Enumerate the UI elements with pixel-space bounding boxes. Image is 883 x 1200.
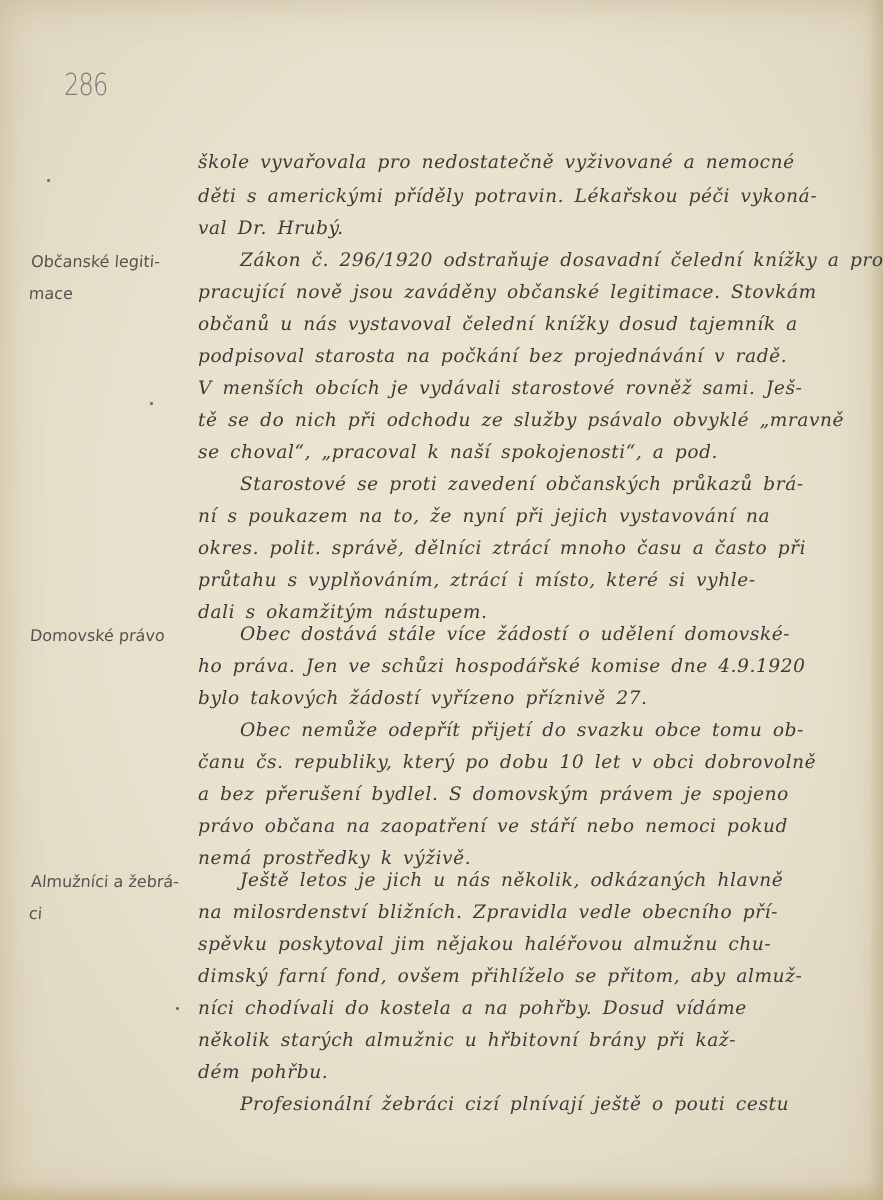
margin-note-domovske-pravo: Domovské právo: [29, 620, 166, 652]
text-line: a bez přerušení bydlel. S domovským práv…: [198, 784, 789, 805]
text-line: V menších obcích je vydávali starostové …: [198, 378, 802, 399]
text-line: spěvku poskytoval jim nějakou haléřovou …: [198, 934, 771, 955]
text-line: škole vyvařovala pro nedostatečně vyživo…: [198, 152, 795, 173]
text-line: ho práva. Jen ve schůzi hospodářské komi…: [198, 656, 805, 677]
page-bottom-edge: [0, 1182, 883, 1200]
text-line: podpisoval starosta na počkání bez proje…: [198, 346, 787, 367]
margin-note-line: Almužníci a žebrá-: [30, 866, 180, 898]
text-line: čanu čs. republiky, který po dobu 10 let…: [198, 752, 816, 773]
ink-speck: [47, 179, 50, 182]
text-line: pracující nově jsou zaváděny občanské le…: [198, 282, 817, 303]
text-line: okres. polit. správě, dělníci ztrácí mno…: [198, 538, 806, 559]
paragraph-start-line: Zákon č. 296/1920 odstraňuje dosavadní č…: [240, 250, 883, 271]
ink-speck: [176, 1007, 179, 1010]
paragraph-start-line: Starostové se proti zavedení občanských …: [240, 474, 804, 495]
manuscript-page: 286 Občanské legiti- mace Domovské právo…: [0, 0, 883, 1200]
text-line: tě se do nich při odchodu ze služby psáv…: [198, 410, 844, 431]
text-line: právo občana na zaopatření ve stáří nebo…: [198, 816, 788, 837]
paragraph-start-line: Profesionální žebráci cizí plnívají ješt…: [240, 1094, 789, 1115]
text-line: několik starých almužnic u hřbitovní brá…: [198, 1030, 736, 1051]
ink-speck: [150, 402, 153, 405]
text-line: průtahu s vyplňováním, ztrácí i místo, k…: [198, 570, 756, 591]
text-line: se choval“, „pracoval k naší spokojenost…: [198, 442, 718, 463]
text-line: val Dr. Hrubý.: [198, 218, 344, 239]
text-line: občanů u nás vystavoval čelední knížky d…: [198, 314, 798, 335]
margin-note-almuznici: Almužníci a žebrá- ci: [28, 866, 180, 930]
text-line: dimský farní fond, ovšem přihlíželo se p…: [198, 966, 802, 987]
paragraph-start-line: Obec dostává stále více žádostí o udělen…: [240, 624, 790, 645]
page-number: 286: [64, 68, 107, 103]
text-line: na milosrdenství bližních. Zpravidla ved…: [198, 902, 778, 923]
text-line: ní s poukazem na to, že nyní při jejich …: [198, 506, 770, 527]
text-line: dali s okamžitým nástupem.: [198, 602, 487, 623]
margin-note-line: Občanské legiti-: [30, 246, 161, 278]
paragraph-start-line: Obec nemůže odepřít přijetí do svazku ob…: [240, 720, 804, 741]
margin-note-obcanske-legitimace: Občanské legiti- mace: [28, 246, 161, 310]
text-line: níci chodívali do kostela a na pohřby. D…: [198, 998, 747, 1019]
text-line: nemá prostředky k výživě.: [198, 848, 471, 869]
margin-note-line: ci: [28, 898, 178, 930]
paragraph-start-line: Ještě letos je jich u nás několik, odkáz…: [240, 870, 783, 891]
text-line: děti s americkými příděly potravin. Léka…: [198, 186, 817, 207]
text-line: dém pohřbu.: [198, 1062, 328, 1083]
text-line: bylo takových žádostí vyřízeno příznivě …: [198, 688, 648, 709]
margin-note-line: mace: [28, 278, 159, 310]
margin-note-line: Domovské právo: [29, 620, 166, 652]
page-edge-shadow: [869, 0, 883, 1200]
